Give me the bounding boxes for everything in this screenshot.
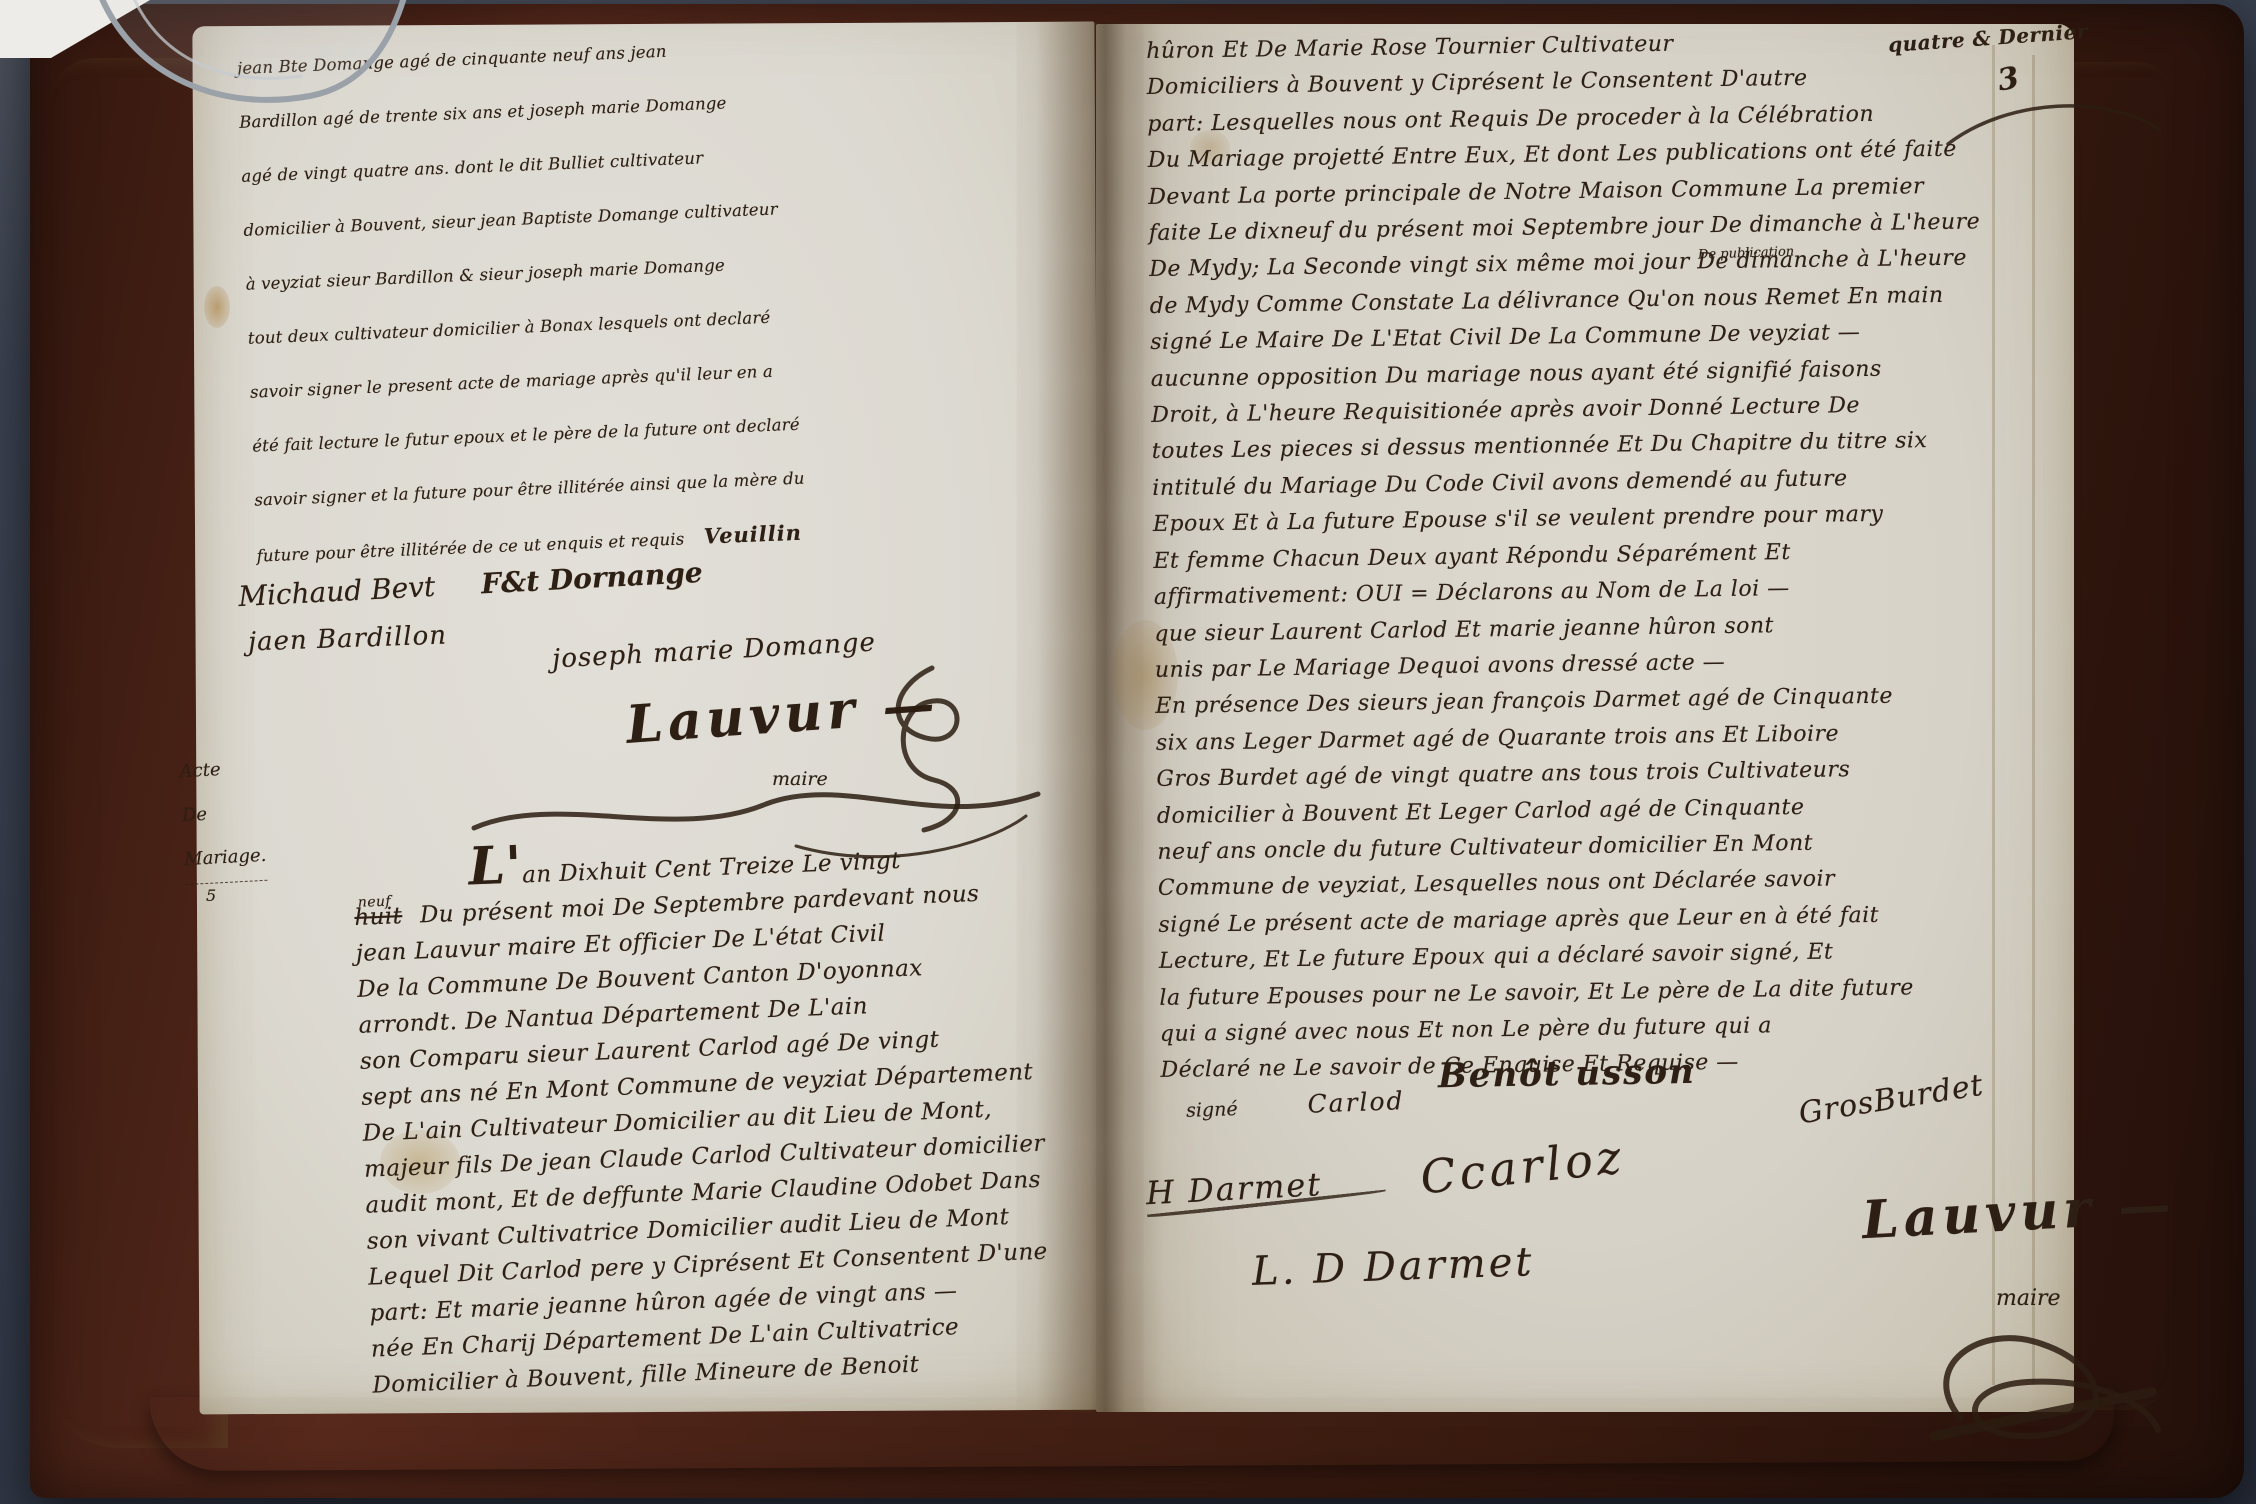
signature-dash: — <box>2117 1174 2177 1238</box>
emphasized-word: Veuillin <box>703 520 802 549</box>
marriage-act-paragraph: L'an Dixhuit Cent Treize Le vingt neuf h… <box>352 827 1083 1404</box>
margin-note: Acte De Mariage. <box>179 746 268 885</box>
inline-correction: neuf huit <box>354 898 403 936</box>
right-page-paragraph: hûron Et De Marie Rose Tournier Cultivat… <box>1146 21 2091 1090</box>
correction-above: neuf <box>357 884 391 921</box>
photo-scene: jean Bte Domange agé de cinquante neuf a… <box>0 0 2256 1504</box>
mayor-signature-name: Lauvur <box>1861 1178 2097 1251</box>
witness-signature: Benôt usson <box>1438 1052 1696 1096</box>
witness-signature: L. D Darmet <box>1251 1239 1535 1295</box>
paper-stain <box>204 286 230 328</box>
act-lines: jean Lauvur maire Et officier De L'état … <box>355 909 1082 1404</box>
signed-prefix: signé <box>1186 1098 1238 1122</box>
glass-object <box>58 0 408 154</box>
right-page-lines: hûron Et De Marie Rose Tournier Cultivat… <box>1146 21 2091 1090</box>
margin-note-line: Acte <box>179 746 263 794</box>
signed-name: Carlod <box>1307 1086 1405 1118</box>
margin-note-line: De <box>181 790 265 838</box>
margin-note-line: Mariage. <box>183 834 268 885</box>
paraph-flourish <box>1900 1308 2200 1448</box>
margin-number: 5 <box>206 886 216 905</box>
